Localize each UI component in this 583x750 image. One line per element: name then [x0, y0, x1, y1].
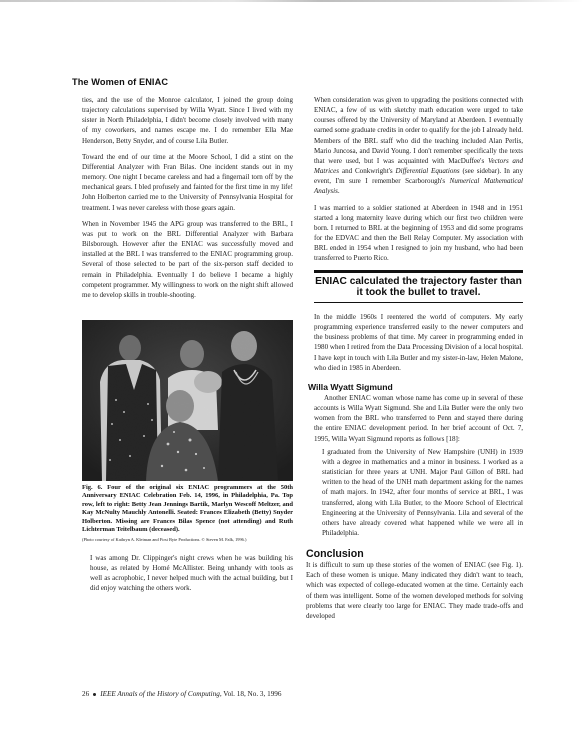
body-paragraph: In the middle 1960s I reentered the worl… [314, 312, 523, 373]
body-paragraph: Toward the end of our time at the Moore … [82, 152, 293, 213]
pull-quote-rule-bottom [314, 302, 523, 304]
bullet-separator [93, 693, 96, 696]
pull-quote: ENIAC calculated the trajectory faster t… [314, 270, 523, 304]
left-column: ties, and the use of the Monroe calculat… [82, 95, 293, 594]
pull-quote-text: ENIAC calculated the trajectory faster t… [314, 273, 523, 302]
body-paragraph: ties, and the use of the Monroe calculat… [82, 95, 293, 146]
subheading-willa-wyatt-sigmund: Willa Wyatt Sigmund [308, 382, 523, 392]
photo-image [82, 320, 293, 481]
block-quote: I graduated from the University of New H… [322, 447, 523, 538]
book-title: Differ­ential Equations [396, 167, 460, 175]
body-paragraph: I was among Dr. Clippinger's night crews… [90, 553, 293, 594]
right-column: When consideration was given to upgradin… [314, 95, 523, 621]
section-heading-conclusion: Conclusion [306, 548, 523, 560]
page-number: 26 [82, 690, 89, 698]
journal-title: IEEE Annals of the History of Computing [100, 690, 220, 698]
page-footer: 26IEEE Annals of the History of Computin… [82, 690, 281, 698]
figure-6-photo [82, 320, 293, 481]
scan-top-edge [0, 0, 583, 2]
running-head: The Women of ENIAC [72, 77, 168, 87]
figure-caption: Fig. 6. Four of the original six ENIAC p… [82, 484, 293, 535]
body-paragraph: It is difficult to sum up these stories … [306, 560, 523, 621]
body-paragraph: When in November 1945 the APG group was … [82, 219, 293, 300]
body-paragraph: I was married to a soldier stationed at … [314, 203, 523, 264]
photo-credit: (Photo courtesy of Kathryn A. Kleiman an… [82, 537, 293, 543]
journal-issue: , Vol. 18, No. 3, 1996 [220, 690, 282, 698]
body-paragraph: Another ENIAC woman whose name has come … [314, 393, 523, 444]
body-paragraph: When consideration was given to upgradin… [314, 95, 523, 197]
